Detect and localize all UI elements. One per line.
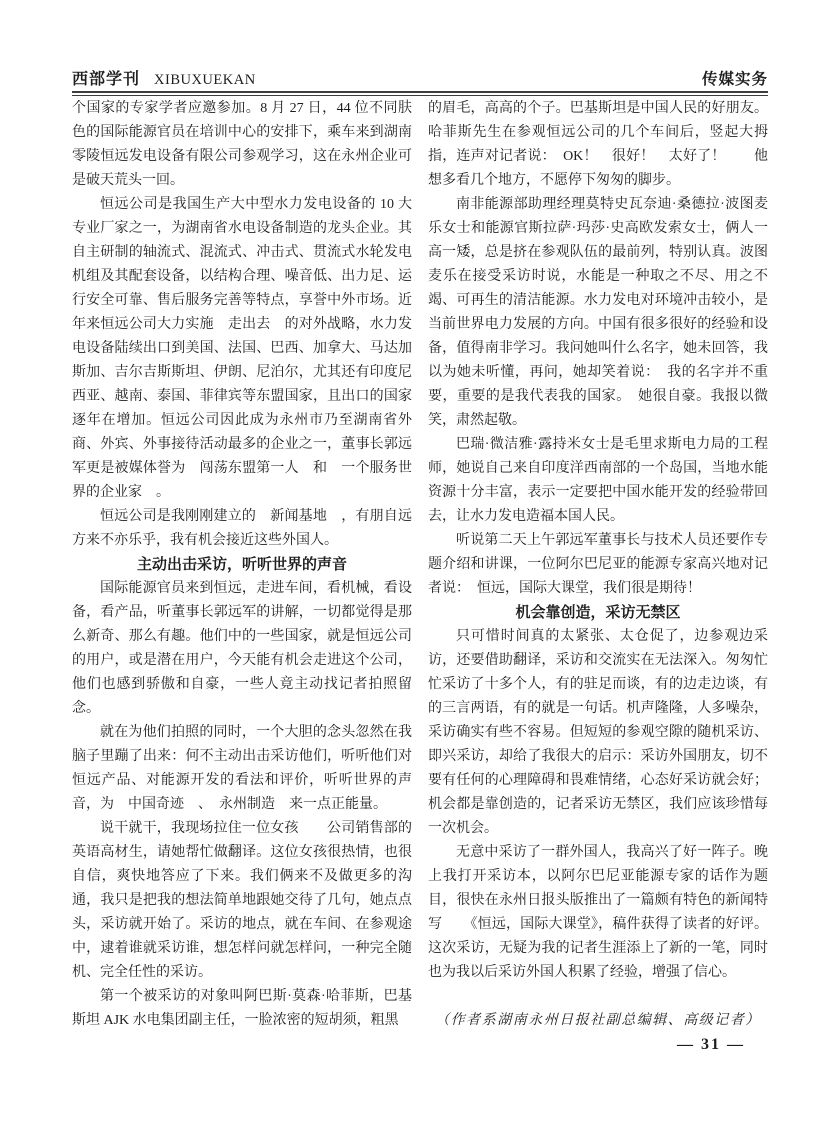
paragraph: 的眉毛，高高的个子。巴基斯坦是中国人民的好朋友。哈菲斯先生在参观恒远公司的几个车…: [428, 97, 768, 193]
section-name: 传媒实务: [702, 67, 768, 89]
journal-name-pinyin: XIBUXUEKAN: [154, 72, 256, 88]
journal-title-group: 西部学刊XIBUXUEKAN: [72, 66, 256, 89]
section-subheading: 主动出击采访，听听世界的声音: [72, 553, 412, 577]
page-header: 西部学刊XIBUXUEKAN 传媒实务: [72, 66, 768, 89]
paragraph: 说干就干，我现场拉住一位女孩 公司销售部的英语高材生，请她帮忙做翻译。这位女孩很…: [72, 817, 412, 985]
paragraph: 巴瑞·微洁雅·露持米女士是毛里求斯电力局的工程师，她说自己来自印度洋西南部的一个…: [428, 433, 768, 529]
left-column: 个国家的专家学者应邀参加。8 月 27 日，44 位不同肤色的国际能源官员在培训…: [72, 97, 412, 1047]
section-subheading: 机会靠创造，采访无禁区: [428, 601, 768, 625]
paragraph: 个国家的专家学者应邀参加。8 月 27 日，44 位不同肤色的国际能源官员在培训…: [72, 97, 412, 193]
paragraph: 听说第二天上午郭远军董事长与技术人员还要作专题介绍和讲课，一位阿尔巴尼亚的能源专…: [428, 529, 768, 601]
article-body: 个国家的专家学者应邀参加。8 月 27 日，44 位不同肤色的国际能源官员在培训…: [72, 97, 768, 1047]
paragraph: 恒远公司是我刚刚建立的 新闻基地 ，有朋自远方来不亦乐乎，我有机会接近这些外国人…: [72, 505, 412, 553]
paragraph: 国际能源官员来到恒远，走进车间，看机械，看设备，看产品，听董事长郭远军的讲解，一…: [72, 577, 412, 721]
right-column: 的眉毛，高高的个子。巴基斯坦是中国人民的好朋友。哈菲斯先生在参观恒远公司的几个车…: [428, 97, 768, 1047]
header-double-rule: [72, 91, 768, 96]
paragraph: 无意中采访了一群外国人，我高兴了好一阵子。晚上我打开采访本，以阿尔巴尼亚能源专家…: [428, 841, 768, 985]
paragraph: 恒远公司是我国生产大中型水力发电设备的 10 大专业厂家之一，为湖南省水电设备制…: [72, 193, 412, 505]
paragraph: 只可惜时间真的太紧张、太仓促了，边参观边采访，还要借助翻译，采访和交流实在无法深…: [428, 625, 768, 841]
page-number: — 31 —: [677, 1036, 745, 1054]
paragraph: 南非能源部助理经理莫特史瓦奈迪·桑德拉·波图麦乐女士和能源官斯拉萨·玛莎·史高欧…: [428, 193, 768, 433]
paragraph: 第一个被采访的对象叫阿巴斯·莫森·哈菲斯，巴基斯坦 AJK 水电集团副主任，一脸…: [72, 985, 412, 1033]
paragraph: 就在为他们拍照的同时，一个大胆的念头忽然在我脑子里蹦了出来：何不主动出击采访他们…: [72, 721, 412, 817]
author-credit: （作者系湖南永州日报社副总编辑、高级记者）: [428, 1009, 768, 1033]
journal-name-cn: 西部学刊: [72, 71, 140, 88]
